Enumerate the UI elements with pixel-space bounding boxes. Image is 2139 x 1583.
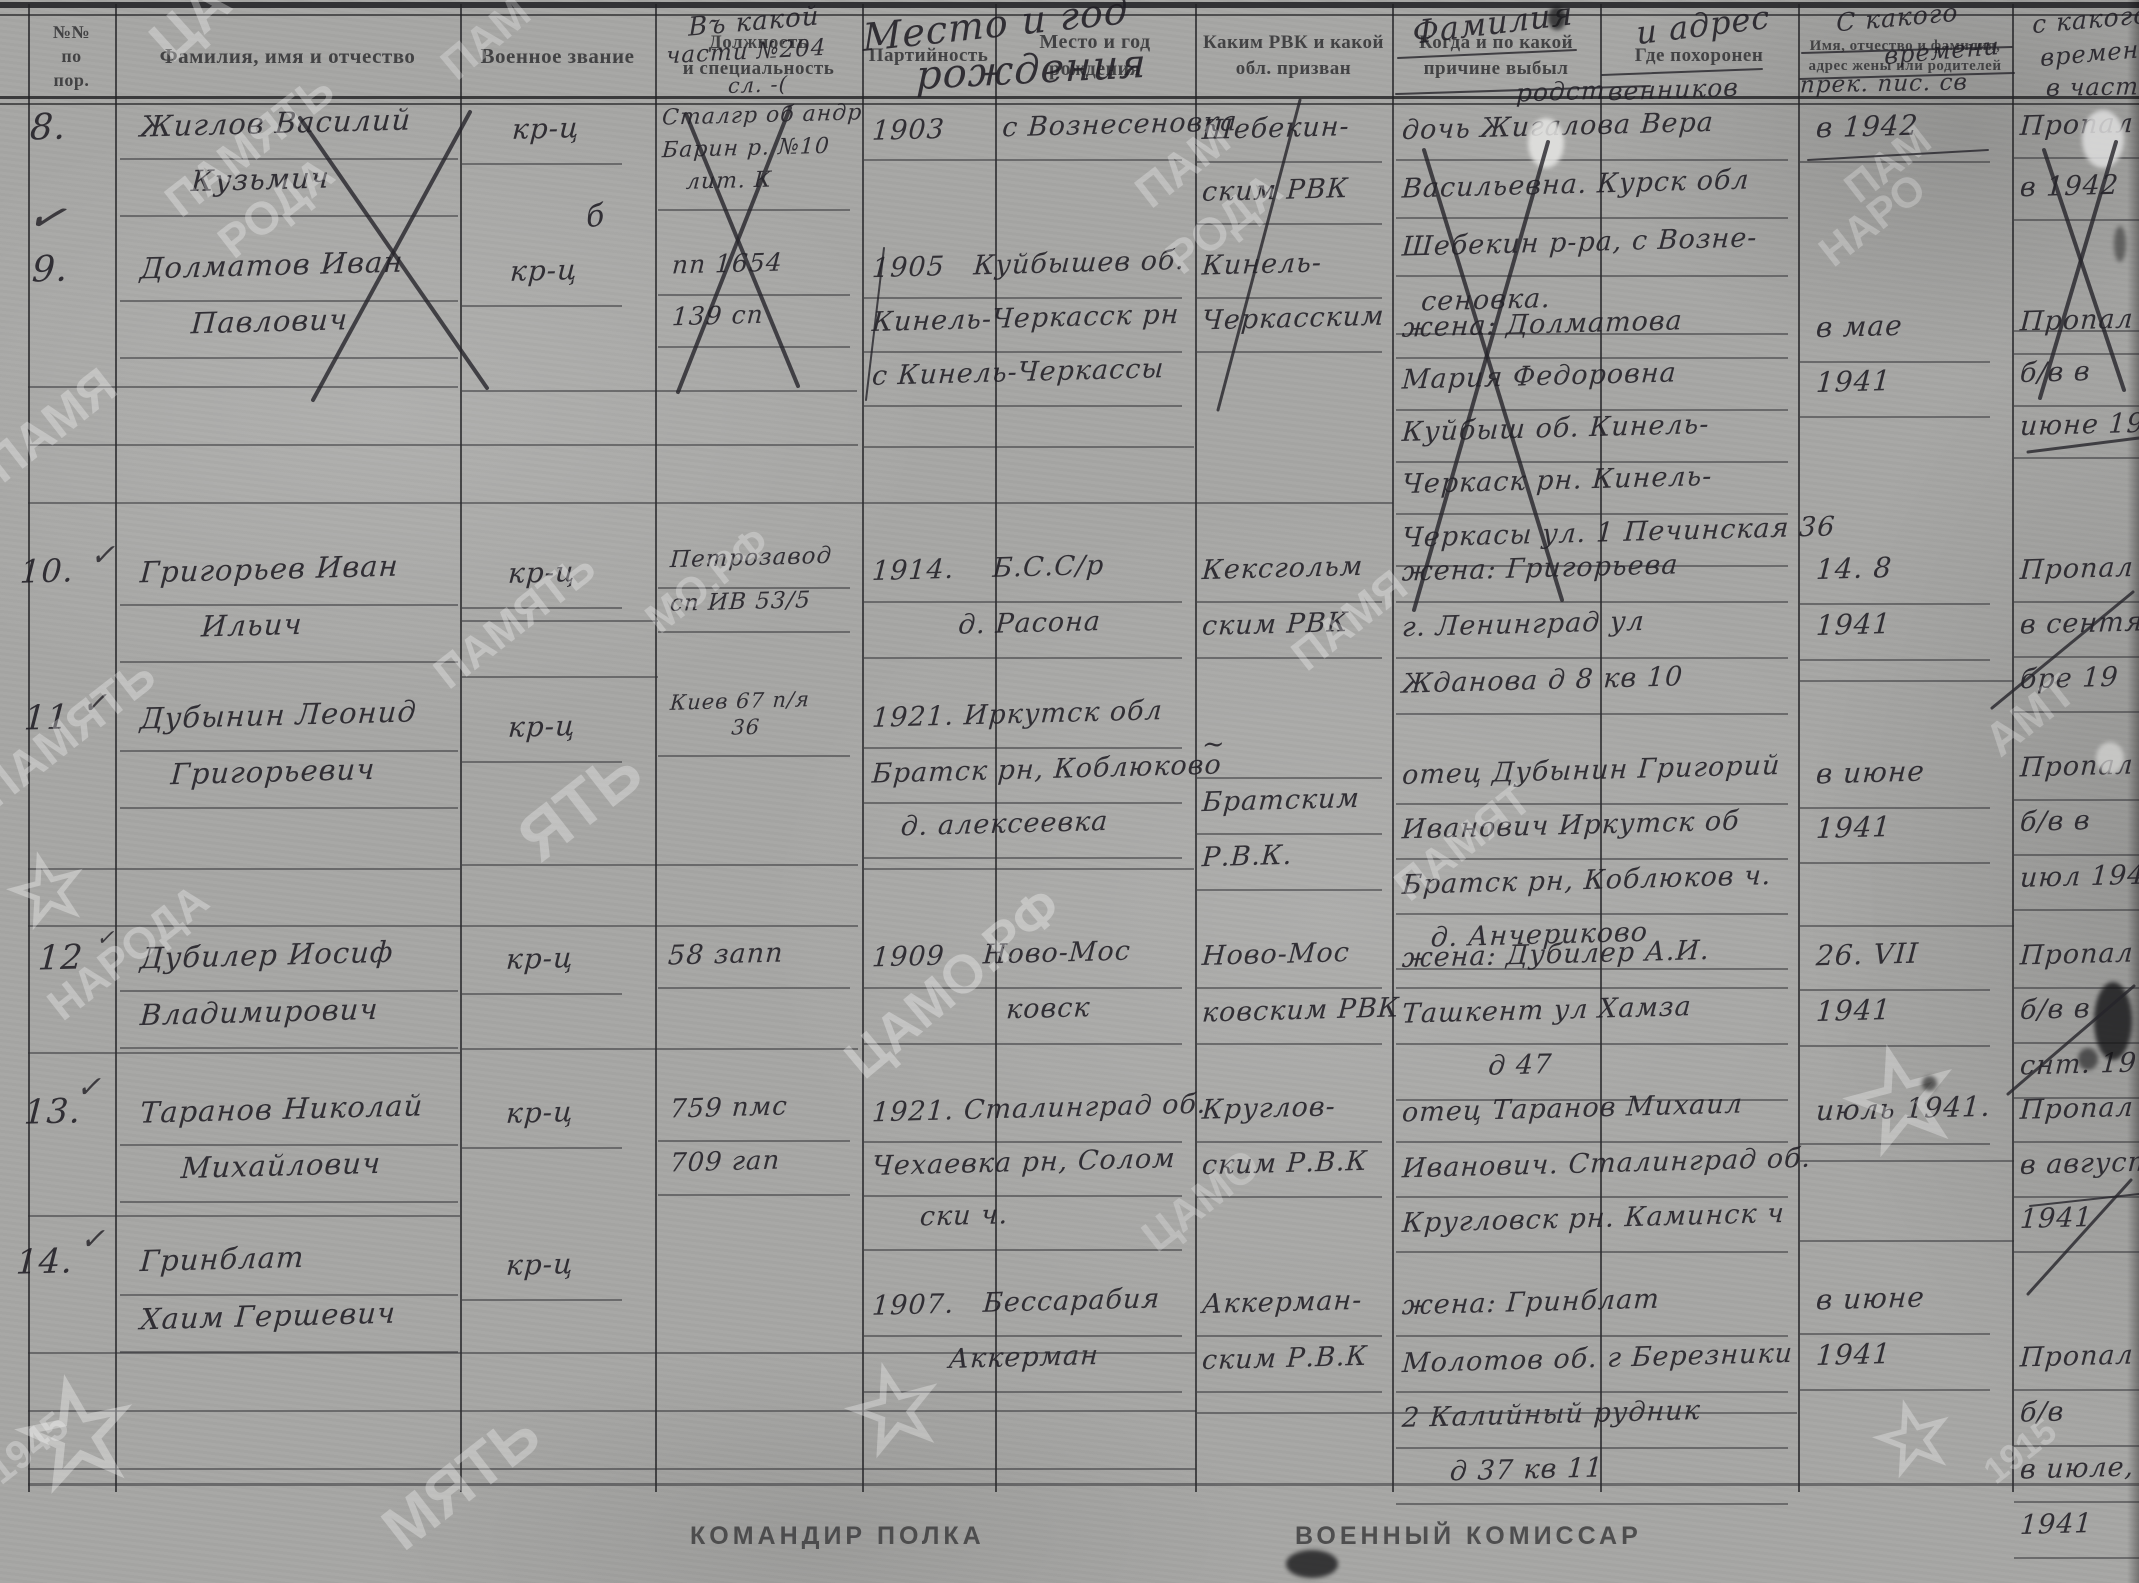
- column-header-num: №№ по пор.: [28, 14, 115, 98]
- ruled-line: [1800, 807, 1990, 809]
- ruled-line: [462, 163, 622, 165]
- ruled-line: [1396, 1043, 1788, 1045]
- entry-12-rvk: ковским РВК: [1201, 993, 1400, 1028]
- entry-13-fate: 1941: [2019, 1203, 2094, 1235]
- entry-9-duty: пп 1654: [671, 249, 783, 279]
- entry-10-rvk: ским РВК: [1201, 608, 1349, 642]
- entry-14-num: 14.: [15, 1243, 74, 1282]
- ruled-line: [864, 1335, 1182, 1337]
- ruled-line: [1800, 361, 1990, 363]
- ruled-line: [120, 990, 458, 992]
- entry-10-family: г. Ленинград ул: [1401, 607, 1646, 643]
- ruled-line: [28, 1052, 460, 1054]
- entry-8-name: Кузьмич: [139, 162, 331, 199]
- entry-9-last_contact: 1941: [1815, 366, 1892, 399]
- ruled-line: [28, 1352, 1196, 1354]
- entry-11-rank: кр-ц: [507, 711, 577, 744]
- entry-13-family: Кругловск рн. Каминск ч: [1401, 1199, 1786, 1239]
- header-handwriting: времени: [2040, 35, 2139, 72]
- ruled-line: [2014, 909, 2139, 911]
- column-border: [2012, 4, 2014, 1492]
- ruled-line: [2014, 1141, 2139, 1143]
- entry-14-rvk: ским Р.В.К: [1201, 1342, 1368, 1376]
- entry-13-duty: 759 пмс: [669, 1092, 788, 1124]
- ruled-line: [1396, 803, 1788, 805]
- ruled-line: [1800, 1389, 1990, 1391]
- ruled-line: [1800, 1160, 2014, 1162]
- ruled-line: [1396, 858, 1788, 860]
- ruled-line: [1800, 680, 2014, 682]
- ruled-line: [1396, 1447, 1788, 1449]
- column-header-name: Фамилия, имя и отчество: [115, 14, 460, 98]
- ruled-line: [462, 1299, 622, 1301]
- ruled-line: [120, 604, 458, 606]
- ruled-line: [28, 1468, 1196, 1470]
- ruled-line: [462, 620, 658, 622]
- entry-13-birth: 1921. Сталинград об.: [871, 1090, 1207, 1129]
- entry-11-duty: 36: [669, 716, 761, 741]
- entry-10-duty: сп ИВ 53/5: [669, 588, 811, 617]
- entry-9-last_contact: в мае: [1815, 311, 1904, 344]
- ruled-line: [462, 607, 622, 609]
- entry-12-last_contact: 1941: [1815, 995, 1892, 1028]
- ruled-line: [1396, 1251, 1788, 1253]
- ruled-line: [1800, 1045, 1990, 1047]
- entry-11-name: Григорьевич: [139, 754, 376, 792]
- entry-9-duty: 139 сп: [671, 301, 764, 331]
- ruled-line: [2014, 1196, 2139, 1198]
- watermark: ЦАМО.РФ: [833, 875, 1073, 1091]
- ruled-line: [462, 676, 658, 678]
- entry-9-rank: кр-ц: [509, 255, 579, 288]
- ruled-line: [1396, 601, 1788, 603]
- ruled-line: [864, 1249, 1182, 1251]
- entry-11-last_contact: в июне: [1815, 757, 1926, 791]
- entry-12-family: д 47: [1401, 1050, 1553, 1084]
- ruled-line: [1396, 657, 1788, 659]
- entry-12-num: 12: [37, 939, 85, 978]
- entry-11-family: Иванович Иркутск об: [1401, 807, 1740, 846]
- ruled-line: [2014, 711, 2139, 713]
- ruled-line: [1396, 913, 1788, 915]
- entry-10-last_contact: 14. 8: [1815, 553, 1893, 586]
- entry-9-name: Долматов Иван: [139, 247, 404, 286]
- ruled-line: [864, 1391, 1182, 1393]
- entry-10-fate: в сентя: [2019, 607, 2139, 640]
- entry-13-num: 13.: [23, 1093, 82, 1132]
- ruled-line: [28, 1483, 2139, 1486]
- ruled-line: [120, 661, 458, 663]
- ruled-line: [864, 857, 1182, 859]
- entry-10-family: Жданова д 8 кв 10: [1401, 662, 1684, 699]
- ruled-line: [2014, 1557, 2139, 1559]
- entry-10-fate: бре 19: [2019, 663, 2119, 695]
- entry-14-fate: 1941: [2019, 1509, 2094, 1541]
- stain: [2094, 982, 2132, 1060]
- stain: [2082, 110, 2124, 168]
- ruled-line: [2014, 1445, 2139, 1447]
- entry-14-fate: в июле,: [2019, 1452, 2135, 1485]
- watermark: ☆: [0, 1341, 155, 1527]
- ruled-line: [28, 444, 858, 446]
- ruled-line: [1396, 1141, 1788, 1143]
- stain: [2078, 1048, 2098, 1070]
- ruled-line: [1800, 862, 1990, 864]
- ruled-line: [864, 868, 1194, 870]
- ruled-line: [658, 346, 850, 348]
- ruled-line: [120, 1201, 458, 1203]
- entry-8-rvk: ским РВК: [1201, 174, 1349, 208]
- ruled-line: [2014, 854, 2139, 856]
- check-mark: ✓: [90, 538, 115, 573]
- column-border: [1195, 4, 1197, 1492]
- entry-8-duty: Сталгр об андр: [661, 101, 863, 130]
- header-handwriting: венников: [1608, 74, 1740, 106]
- stain: [1548, 6, 1566, 30]
- check-mark: ✓: [80, 1222, 105, 1257]
- header-handwriting: сл. -(: [728, 73, 789, 98]
- ruled-line: [1197, 297, 1382, 299]
- entry-8-family: Васильевна. Курск обл: [1401, 165, 1750, 204]
- entry-10-num: 10.: [19, 553, 75, 590]
- entry-11-num: 11: [23, 699, 71, 738]
- entry-9-birth: с Кинель-Черкассы: [871, 354, 1165, 391]
- ruled-line: [2014, 1251, 2139, 1253]
- ruled-line: [28, 925, 858, 927]
- entry-12-last_contact: 26. VII: [1815, 939, 1920, 973]
- ruled-line: [2014, 457, 2139, 459]
- ruled-line: [658, 209, 850, 211]
- entry-14-rvk: Аккерман-: [1201, 1286, 1363, 1320]
- ruled-line: [28, 868, 460, 870]
- entry-8-family: Шебекин р-ра, с Возне-: [1401, 223, 1758, 262]
- column-border: [460, 4, 462, 1492]
- ruled-line: [864, 1043, 1182, 1045]
- entry-10-rvk: Кексгольм: [1201, 552, 1364, 586]
- entry-9-fate: июне 1942: [2019, 408, 2139, 442]
- entry-8-name: Жиглов Василий: [139, 104, 412, 143]
- column-border: [1798, 4, 1800, 1492]
- ruled-line: [864, 657, 1182, 659]
- ruled-line: [2014, 353, 2139, 355]
- ruled-line: [2014, 1501, 2139, 1503]
- ruled-line: [120, 158, 458, 160]
- entry-9-family: Черкасы ул. 1 Печинская 36: [1401, 512, 1836, 553]
- entry-9-birth: 1905 Куйбышев об.: [871, 246, 1186, 284]
- ruled-line: [1396, 461, 1788, 463]
- entry-8-duty: лит. К: [661, 169, 772, 196]
- entry-8-fate: в 1942: [2019, 171, 2120, 203]
- ruled-line: [120, 357, 458, 359]
- entry-9-rvk: Черкасским: [1201, 302, 1385, 337]
- entry-9-fate: Пропал: [2019, 304, 2135, 337]
- entry-11-rvk: Р.В.К.: [1201, 841, 1293, 873]
- ruled-line: [1197, 777, 1382, 779]
- ruled-line: [1396, 713, 1788, 715]
- ruled-line: [1800, 925, 2014, 927]
- stain: [1922, 1076, 1937, 1091]
- ruled-line: [1396, 1196, 1788, 1198]
- entry-10-name: Григорьев Иван: [139, 551, 400, 590]
- ruled-line: [1800, 1333, 1990, 1335]
- ruled-line: [2014, 1389, 2139, 1391]
- ruled-line: [1800, 1143, 1990, 1145]
- ruled-line: [864, 446, 1194, 448]
- ruled-line: [462, 390, 857, 392]
- entry-14-fate: Пропал: [2019, 1340, 2135, 1373]
- entry-12-rvk: Ново-Мос: [1201, 938, 1351, 972]
- ruled-line: [1396, 987, 1788, 989]
- entry-9-name: Павлович: [139, 304, 349, 341]
- ruled-line: [120, 750, 458, 752]
- column-header-rank: Военное звание: [460, 14, 655, 98]
- entry-8-rvk: Шебекин-: [1201, 112, 1350, 146]
- entry-11-rvk: Братским: [1201, 784, 1361, 818]
- ruled-line: [658, 631, 850, 633]
- entry-13-birth: ски ч.: [871, 1200, 1009, 1233]
- entry-11-duty: Киев 67 п/я: [669, 688, 810, 715]
- entry-11-rvk: ~: [1201, 730, 1226, 760]
- entry-11-last_contact: 1941: [1815, 812, 1892, 845]
- entry-13-rank: кр-ц: [505, 1097, 575, 1130]
- entry-9-family: Куйбыш об. Кинель-: [1401, 410, 1710, 448]
- entry-11-birth: д. алексеевка: [871, 807, 1109, 843]
- ruled-line: [1800, 659, 1990, 661]
- entry-14-last_contact: 1941: [1815, 1339, 1892, 1372]
- ruled-line: [1197, 1141, 1382, 1143]
- entry-8-birth: 1903 с Вознесеновка: [871, 107, 1238, 146]
- ruled-line: [28, 386, 458, 388]
- ruled-line: [1800, 416, 1990, 418]
- entry-11-name: Дубынин Леонид: [139, 696, 418, 735]
- entry-14-birth: Аккерман: [871, 1341, 1100, 1377]
- ruled-line: [1396, 275, 1788, 277]
- ruled-line: [120, 807, 458, 809]
- entry-12-family: Ташкент ул Хамза: [1401, 992, 1692, 1029]
- entry-10-last_contact: 1941: [1815, 609, 1892, 642]
- ruled-line: [1800, 161, 1990, 163]
- ruled-line: [864, 405, 1182, 407]
- entry-8-last_contact: в 1942: [1815, 111, 1919, 145]
- check-mark: ✓: [96, 926, 114, 951]
- entry-9-family: жена: Долматова: [1401, 306, 1684, 343]
- entry-12-duty: 58 запп: [667, 938, 784, 971]
- ruled-line: [864, 987, 1182, 989]
- ruled-line: [28, 1215, 460, 1217]
- entry-9-num: 9.: [31, 249, 70, 290]
- watermark: ☆: [1860, 1375, 1967, 1500]
- column-border: [115, 4, 117, 1492]
- ruled-line: [120, 1144, 458, 1146]
- ruled-line: [2014, 157, 2139, 159]
- stain: [2114, 226, 2126, 262]
- entry-11-birth: 1921. Иркутск обл: [871, 696, 1164, 733]
- ruled-line: [120, 215, 458, 217]
- entry-8-num: 8.: [29, 107, 68, 148]
- entry-11-family: отец Дубынин Григорий: [1401, 751, 1781, 791]
- watermark: ☆: [0, 827, 101, 952]
- watermark: ЯТЬ: [503, 732, 656, 875]
- entry-11-birth: Братск рн, Коблюково: [871, 750, 1223, 789]
- ruled-line: [28, 502, 1393, 504]
- entry-13-family: отец Таранов Михаил: [1401, 1090, 1744, 1129]
- ruled-line: [1396, 159, 1788, 161]
- ruled-line: [2014, 656, 2139, 658]
- ruled-line: [1197, 1196, 1382, 1198]
- ruled-line: [864, 747, 1182, 749]
- ruled-line: [864, 159, 1182, 161]
- ruled-line: [120, 1294, 458, 1296]
- commissar-label: ВОЕННЫЙ КОМИССАР: [1295, 1522, 1642, 1551]
- ruled-line: [1800, 603, 1990, 605]
- stain: [1528, 118, 1564, 168]
- entry-14-family: жена: Гринблат: [1401, 1285, 1661, 1321]
- ruled-line: [1396, 217, 1788, 219]
- ruled-line: [1197, 1412, 1797, 1414]
- entry-14-name: Гринблат: [139, 1242, 305, 1278]
- header-handwriting: б: [585, 199, 606, 235]
- entry-10-name: Ильич: [139, 609, 303, 645]
- entry-10-birth: д. Расона: [871, 607, 1102, 643]
- ruled-line: [1800, 989, 1990, 991]
- entry-9-family: Черкаск рн. Кинель-: [1401, 462, 1713, 500]
- archival-document-scan: КОМАНДИР ПОЛКА ВОЕННЫЙ КОМИССАР №№ по по…: [0, 0, 2139, 1583]
- entry-10-fate: Пропал б/: [2019, 552, 2139, 586]
- header-handwriting: в часть: [2045, 73, 2139, 101]
- ruled-line: [1197, 1391, 1382, 1393]
- entry-11-fate: б/в в: [2019, 806, 2091, 838]
- ruled-line: [2014, 601, 2139, 603]
- ruled-line: [1197, 601, 1382, 603]
- ruled-line: [1197, 889, 1382, 891]
- ruled-line: [120, 1047, 458, 1049]
- entry-12-birth: ковск: [871, 993, 1091, 1028]
- entry-13-name: Михайлович: [139, 1148, 382, 1186]
- header-handwriting: родст: [1516, 76, 1607, 107]
- ruled-line: [1396, 1503, 1788, 1505]
- entry-14-rank: кр-ц: [505, 1249, 575, 1282]
- entry-10-birth: 1914. Б.С.С/р: [871, 551, 1105, 587]
- entry-9-birth: Кинель-Черкасск рн: [871, 300, 1180, 338]
- entry-13-family: Иванович. Сталинград об.: [1401, 1144, 1812, 1184]
- ruled-line: [2014, 799, 2139, 801]
- ruled-line: [658, 1140, 850, 1142]
- ruled-line: [1197, 351, 1382, 353]
- ruled-line: [1197, 833, 1382, 835]
- entry-14-birth: 1907. Бессарабия: [871, 1284, 1161, 1321]
- ruled-line: [658, 1194, 850, 1196]
- entry-12-name: Дубилер Иосиф: [139, 937, 394, 976]
- entry-11-family: Братск рн, Коблюков ч.: [1401, 861, 1772, 900]
- ruled-line: [864, 1195, 1182, 1197]
- ruled-line: [1396, 1335, 1788, 1337]
- entry-10-rank: кр-ц: [507, 557, 577, 590]
- watermark: НАРО: [1810, 164, 1935, 276]
- entry-12-fate: б/в в: [2019, 994, 2091, 1026]
- ruled-line: [864, 297, 1182, 299]
- ruled-line: [2014, 330, 2139, 332]
- entry-10-family: жена: Григорьева: [1401, 550, 1679, 587]
- watermark: ПАМЯ: [0, 356, 128, 494]
- ruled-line: [864, 601, 1182, 603]
- entry-14-last_contact: в июне: [1815, 1283, 1926, 1317]
- ruled-line: [1197, 223, 1382, 225]
- entry-13-name: Таранов Николай: [139, 1090, 424, 1129]
- ruled-line: [1396, 1391, 1788, 1393]
- ruled-line: [2014, 219, 2139, 221]
- ruled-line: [462, 305, 622, 307]
- entry-13-fate: Пропал б: [2019, 1092, 2139, 1125]
- entry-13-birth: Чехаевка рн, Солом: [871, 1144, 1176, 1182]
- entry-14-fate: б/в: [2019, 1397, 2065, 1428]
- entry-12-birth: 1909 Ново-Мос: [871, 937, 1132, 974]
- entry-14-name: Хаим Гершевич: [139, 1298, 397, 1337]
- entry-11-fate: июл 1941: [2019, 860, 2139, 894]
- watermark: МО.РФ: [636, 517, 778, 643]
- ruled-line: [462, 993, 622, 995]
- entry-8-duty: Барин р. №10: [661, 135, 830, 164]
- ruled-line: [658, 755, 850, 757]
- commander-label: КОМАНДИР ПОЛКА: [690, 1522, 985, 1551]
- column-border: [655, 4, 657, 1492]
- column-border: [1392, 4, 1394, 1492]
- entry-9-rvk: Кинель-: [1201, 248, 1323, 281]
- ruled-line: [1800, 1240, 2014, 1242]
- check-mark: ✓: [76, 1070, 101, 1105]
- column-header-rvk: Каким РВК и какой обл. призван: [1195, 14, 1392, 98]
- entry-12-rank: кр-ц: [505, 943, 575, 976]
- ruled-line: [1197, 987, 1382, 989]
- stain: [2096, 742, 2124, 774]
- entry-13-duty: 709 гап: [669, 1147, 781, 1179]
- entry-14-family: 2 Калийный рудник: [1401, 1396, 1702, 1434]
- ruled-line: [1197, 657, 1382, 659]
- entry-14-family: Молотов об. г Березники: [1401, 1339, 1794, 1379]
- entry-12-name: Владимирович: [139, 994, 379, 1032]
- ruled-line: [462, 864, 858, 866]
- entry-9-fate: б/в в: [2019, 357, 2091, 389]
- watermark: 1945: [0, 1403, 77, 1493]
- entry-13-fate: в августе: [2019, 1147, 2139, 1181]
- ruled-line: [1197, 1335, 1382, 1337]
- check-mark: ✓: [82, 686, 107, 721]
- ruled-line: [2014, 405, 2139, 407]
- entry-10-duty: Петрозавод: [669, 544, 833, 574]
- ruled-line: [864, 802, 1182, 804]
- ruled-line: [462, 1048, 858, 1050]
- ruled-line: [1396, 409, 1788, 411]
- entry-13-last_contact: июль 1941.: [1815, 1092, 1992, 1127]
- ruled-line: [864, 351, 1182, 353]
- stain: [1286, 1550, 1338, 1578]
- entry-13-rvk: ским Р.В.К: [1201, 1147, 1368, 1181]
- ruled-line: [658, 294, 850, 296]
- ruled-line: [28, 1410, 1196, 1412]
- ruled-line: [1197, 1043, 1382, 1045]
- entry-9-family: Мария Федоровна: [1401, 358, 1678, 395]
- ruled-line: [462, 761, 622, 763]
- ruled-line: [1197, 161, 1382, 163]
- entry-12-fate: Пропал: [2019, 938, 2135, 971]
- entry-13-rvk: Круглов-: [1201, 1092, 1337, 1125]
- header-handwriting: прек. пис. св: [1799, 71, 1968, 99]
- ruled-line: [658, 987, 850, 989]
- ruled-line: [864, 1141, 1182, 1143]
- entry-8-rank: кр-ц: [511, 113, 581, 146]
- ruled-line: [462, 1147, 622, 1149]
- ruled-line: [120, 300, 458, 302]
